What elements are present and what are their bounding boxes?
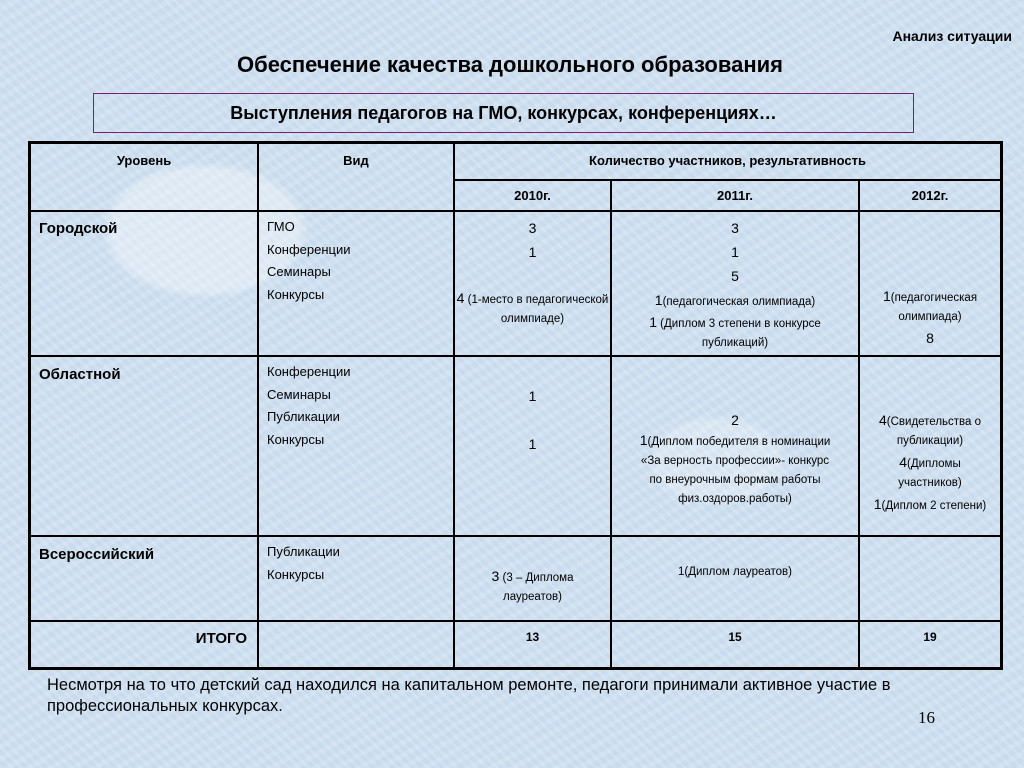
value: 4 (899, 454, 907, 470)
value: 1 (883, 288, 891, 304)
row-kinds-city: ГМО Конференции Семинары Конкурсы (267, 216, 351, 306)
region-2011: 2 1(Диплом победителя в номинации «За ве… (612, 408, 858, 508)
header-year-2012: 2012г. (860, 188, 1000, 203)
total-2010: 13 (455, 630, 610, 644)
row-level-region: Областной (39, 366, 121, 383)
col-divider (257, 144, 259, 667)
kind-item: Семинары (267, 261, 351, 284)
header-level: Уровень (31, 153, 257, 168)
value: 1 (655, 292, 663, 308)
kind-item: Публикации (267, 541, 340, 564)
note: (педагогическая олимпиада) (663, 296, 816, 308)
row-level-city: Городской (39, 220, 117, 237)
national-2010: 3 (3 – Диплома лауреатов) (455, 568, 610, 606)
results-table: Уровень Вид Количество участников, резул… (28, 141, 1003, 670)
national-2011: 1(Диплом лауреатов) (612, 566, 858, 578)
city-2011: 3 1 5 1(педагогическая олимпиада) 1 (Дип… (612, 216, 858, 352)
row-kinds-national: Публикации Конкурсы (267, 541, 340, 586)
row-level-national: Всероссийский (39, 546, 154, 563)
note: (Диплом 3 степени в конкурсе публикаций) (657, 318, 821, 349)
value: 1 (455, 384, 610, 408)
kind-item: Публикации (267, 406, 351, 429)
city-2012: 1(педагогическая олимпиада) 8 (860, 288, 1000, 350)
value: 8 (860, 326, 1000, 350)
kind-item: Семинары (267, 384, 351, 407)
city-2010: 3 1 4 (1-место в педагогической олимпиад… (455, 216, 610, 328)
kind-item: Конкурсы (267, 429, 351, 452)
value: 1 (455, 432, 610, 456)
note: (3 – Диплома лауреатов) (499, 572, 573, 603)
row-divider (455, 179, 1000, 181)
kind-item: Конкурсы (267, 284, 351, 307)
row-divider (31, 355, 1000, 357)
value: 1 (455, 240, 610, 264)
subtitle-text: Выступления педагогов на ГМО, конкурсах,… (230, 103, 777, 124)
total-2012: 19 (860, 630, 1000, 644)
value: 3 (612, 216, 858, 240)
kind-item: Конкурсы (267, 564, 340, 587)
subtitle-box: Выступления педагогов на ГМО, конкурсах,… (93, 93, 914, 133)
total-label: ИТОГО (31, 630, 247, 647)
footer-note: Несмотря на то что детский сад находился… (47, 675, 927, 717)
value: 5 (612, 264, 858, 288)
row-kinds-region: Конференции Семинары Публикации Конкурсы (267, 361, 351, 451)
note: (Диплом победителя в номинации «За верно… (641, 436, 830, 505)
value: 3 (455, 216, 610, 240)
kind-item: Конференции (267, 239, 351, 262)
note: (Дипломы участников) (898, 458, 961, 489)
kind-item: Конференции (267, 361, 351, 384)
slide-title: Обеспечение качества дошкольного образов… (0, 52, 1020, 78)
corner-label: Анализ ситуации (892, 28, 1012, 44)
region-2010: 1 1 (455, 384, 610, 456)
value: 1 (612, 240, 858, 264)
note: (педагогическая олимпиада) (891, 292, 977, 323)
header-year-2011: 2011г. (612, 188, 858, 203)
page-number: 16 (918, 708, 935, 728)
header-year-2010: 2010г. (455, 188, 610, 203)
header-kind: Вид (259, 153, 453, 168)
total-2011: 15 (612, 630, 858, 644)
note: (Свидетельства о публикации) (887, 416, 981, 447)
note: (1-место в педагогической олимпиаде) (464, 294, 608, 325)
region-2012: 4(Свидетельства о публикации) 4(Дипломы … (860, 412, 1000, 515)
note: (Диплом 2 степени) (882, 500, 987, 512)
row-divider (31, 210, 1000, 212)
value: 2 (634, 408, 836, 432)
kind-item: ГМО (267, 216, 351, 239)
row-divider (31, 620, 1000, 622)
value: 4 (879, 412, 887, 428)
row-divider (31, 535, 1000, 537)
value: 1 (649, 314, 657, 330)
value: 1 (874, 496, 882, 512)
header-results: Количество участников, результативность (455, 153, 1000, 168)
